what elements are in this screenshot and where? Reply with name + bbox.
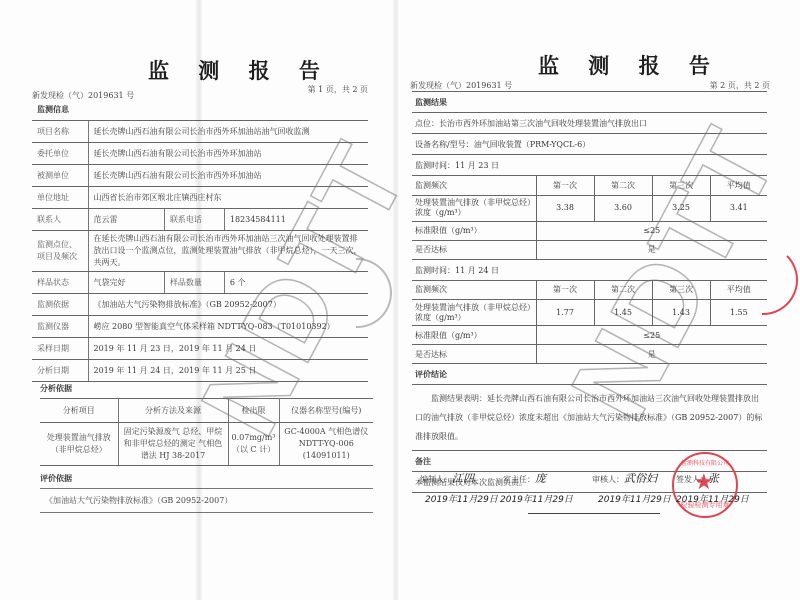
- results-block: 监测结果 点位：长治市西外环加油站第三次油气回收处理装置油气排放出口 设备名称/…: [412, 91, 767, 493]
- conclusion-text: 监测结果表明：延长壳牌山西石油有限公司长治市西外环加油站三次油气回收处理装置排放…: [412, 385, 767, 451]
- signature-scribble: 武俗妇: [624, 472, 657, 485]
- phone-value: 18234584111: [224, 208, 368, 230]
- row-label: 是否达标: [412, 345, 536, 364]
- value-cell: 1.43: [652, 300, 710, 326]
- row-value: 延长壳牌山西石油有限公司长治市西外环加油站: [88, 142, 368, 164]
- row-label: 被测单位: [32, 164, 88, 186]
- director-signature: 室主任：庞: [503, 470, 546, 486]
- analysis-method: 固定污染源废气 总烃、甲烷和非甲烷总烃的测定 气相色谱法 HJ 38-2017: [118, 423, 228, 466]
- col-header: 第三次: [652, 176, 710, 195]
- row-label: 联系人: [32, 208, 88, 230]
- report-page-2: NDTT 监 测 报 告 新发现检（气）2019631 号 第 2 页，共 2 …: [400, 0, 800, 600]
- sample-state: 气袋完好: [88, 271, 164, 293]
- compiler-signature: 编制人：江四: [420, 470, 474, 486]
- row-value: 延长壳牌山西石油有限公司长治市西外环加油站: [88, 164, 368, 186]
- analysis-item: 处理装置油气排放（非甲烷总烃）: [40, 423, 118, 466]
- value-cell: 1.77: [536, 300, 594, 326]
- page-number: 第 1 页，共 2 页: [308, 84, 368, 95]
- device-name: 设备名称/型号：油气回收装置（PRM-YQCL-6）: [412, 134, 767, 155]
- col-header: 平均值: [710, 176, 767, 195]
- detection-limit: 0.07mg/m³（以 C 计）: [228, 423, 279, 466]
- row-label: 监测频次: [412, 176, 536, 195]
- row-label: 处理装置油气排放（非甲烷总烃）浓度（g/m³）: [412, 195, 536, 221]
- row-label: 监测仪器: [32, 315, 88, 337]
- reviewer-date: 2019年11月29日: [598, 492, 671, 505]
- value-cell: 3.38: [536, 195, 594, 221]
- signature-label: 审核人：: [592, 475, 624, 484]
- page-gutter: [393, 0, 399, 600]
- limit-value: ≤25: [536, 326, 767, 345]
- col-header: 分析项目: [40, 399, 118, 423]
- row-value: 崂应 2080 型智能真空气体采样箱 NDTT-YQ-083（T01010392…: [88, 315, 368, 337]
- signature-scribble: 江四: [452, 472, 474, 485]
- page-title: 监 测 报 告: [148, 55, 331, 85]
- signature-label: 签发人：: [676, 475, 708, 484]
- value-cell: 3.25: [652, 195, 710, 221]
- monitoring-date: 监测时间：11 月 24 日: [412, 260, 767, 281]
- limit-value: ≤25: [536, 221, 767, 240]
- sample-count-label: 样品数量: [164, 271, 224, 293]
- monitoring-point: 点位：长治市西外环加油站第三次油气回收处理装置油气排放出口: [412, 113, 767, 134]
- row-label: 样品状态: [32, 271, 88, 293]
- average-cell: 3.41: [710, 195, 767, 221]
- report-number: 新发现检（气）2019631 号: [410, 80, 512, 91]
- row-label: 项目名称: [32, 120, 88, 142]
- row-value: 《加油站大气污染物排放标准》（GB 20952-2007）: [88, 293, 368, 315]
- row-label: 监测依据: [32, 293, 88, 315]
- monitoring-date: 监测时间：11 月 23 日: [412, 155, 767, 176]
- col-header: 第一次: [536, 176, 594, 195]
- col-header: 第三次: [652, 281, 710, 300]
- row-label: 分析日期: [32, 359, 88, 381]
- seal-edge-mark: [356, 258, 392, 328]
- average-cell: 1.55: [710, 300, 767, 326]
- row-value: 延长壳牌山西石油有限公司长治市西外环加油站油气回收监测: [88, 120, 368, 142]
- signature-label: 室主任：: [503, 475, 535, 484]
- phone-label: 联系电话: [164, 208, 224, 230]
- signature-scribble: 庞: [535, 472, 546, 485]
- row-value: 山西省长治市郊区堠北庄镇西庄村东: [88, 186, 368, 208]
- value-cell: 1.45: [594, 300, 652, 326]
- page-title: 监 测 报 告: [538, 50, 721, 80]
- contact-name: 范云雷: [88, 208, 164, 230]
- results-table-day1: 监测频次 第一次 第二次 第三次 平均值 处理装置油气排放（非甲烷总烃）浓度（g…: [412, 176, 767, 260]
- fold-line: [196, 0, 202, 600]
- row-label: 采样日期: [32, 337, 88, 359]
- row-label: 是否达标: [412, 240, 536, 259]
- signature-underline: [528, 513, 660, 514]
- evaluation-standard: 《加油站大气污染物排放标准》（GB 20952-2007）: [40, 492, 373, 513]
- analysis-heading: 分析依据: [40, 383, 72, 394]
- col-header: 分析方法及来源: [118, 399, 228, 423]
- col-header: 第二次: [594, 176, 652, 195]
- value-cell: 3.60: [594, 195, 652, 221]
- conclusion-heading: 评价结论: [412, 364, 767, 385]
- col-header: 第二次: [594, 281, 652, 300]
- results-table-day2: 监测频次 第一次 第二次 第三次 平均值 处理装置油气排放（非甲烷总烃）浓度（g…: [412, 281, 767, 365]
- row-label: 监测频次: [412, 281, 536, 300]
- col-header: 检出限: [228, 399, 279, 423]
- row-label: 监测点位、项目及频次: [32, 230, 88, 271]
- reviewer-signature: 审核人：武俗妇: [592, 470, 657, 486]
- issuer-date: 2019年11月29日: [676, 492, 749, 505]
- row-value: 2019 年 11 月 24 日，2019 年 11 月 25 日: [88, 359, 368, 381]
- evaluation-heading: 评价依据: [40, 473, 373, 489]
- analysis-table: 分析项目 分析方法及来源 检出限 仪器名称型号(编号) 处理装置油气排放（非甲烷…: [40, 398, 373, 466]
- row-label: 处理装置油气排放（非甲烷总烃）浓度（g/m³）: [412, 300, 536, 326]
- instrument: GC-4000A 气相色谱仪 NDTT-YQ-006 (14091011): [279, 423, 373, 466]
- row-value: 2019 年 11 月 23 日，2019 年 11 月 24 日: [88, 337, 368, 359]
- row-label: 单位地址: [32, 186, 88, 208]
- director-date: 2019年11月29日: [500, 492, 573, 505]
- signature-scribble: 张: [708, 472, 719, 485]
- row-label: 标准限值（g/m³）: [412, 221, 536, 240]
- row-value: 在延长壳牌山西石油有限公司长治市西外环加油站三次油气回收处理装置排放出口设一个监…: [88, 230, 368, 271]
- issuer-signature: 签发人：张: [676, 470, 719, 486]
- col-header: 平均值: [710, 281, 767, 300]
- col-header: 仪器名称型号(编号): [279, 399, 373, 423]
- sample-count: 6 个: [224, 271, 368, 293]
- table-row: 处理装置油气排放（非甲烷总烃） 固定污染源废气 总烃、甲烷和非甲烷总烃的测定 气…: [40, 423, 373, 466]
- section-heading: 监测结果: [412, 92, 767, 113]
- compiler-date: 2019年11月29日: [425, 492, 498, 505]
- page-number: 第 2 页，共 2 页: [710, 80, 770, 91]
- pass-value: 是: [536, 345, 767, 364]
- pass-value: 是: [536, 240, 767, 259]
- signature-label: 编制人：: [420, 475, 452, 484]
- col-header: 第一次: [536, 281, 594, 300]
- row-label: 委托单位: [32, 142, 88, 164]
- seal-arc-text: 检测科技有限公司: [674, 458, 736, 467]
- row-label: 标准限值（g/m³）: [412, 326, 536, 345]
